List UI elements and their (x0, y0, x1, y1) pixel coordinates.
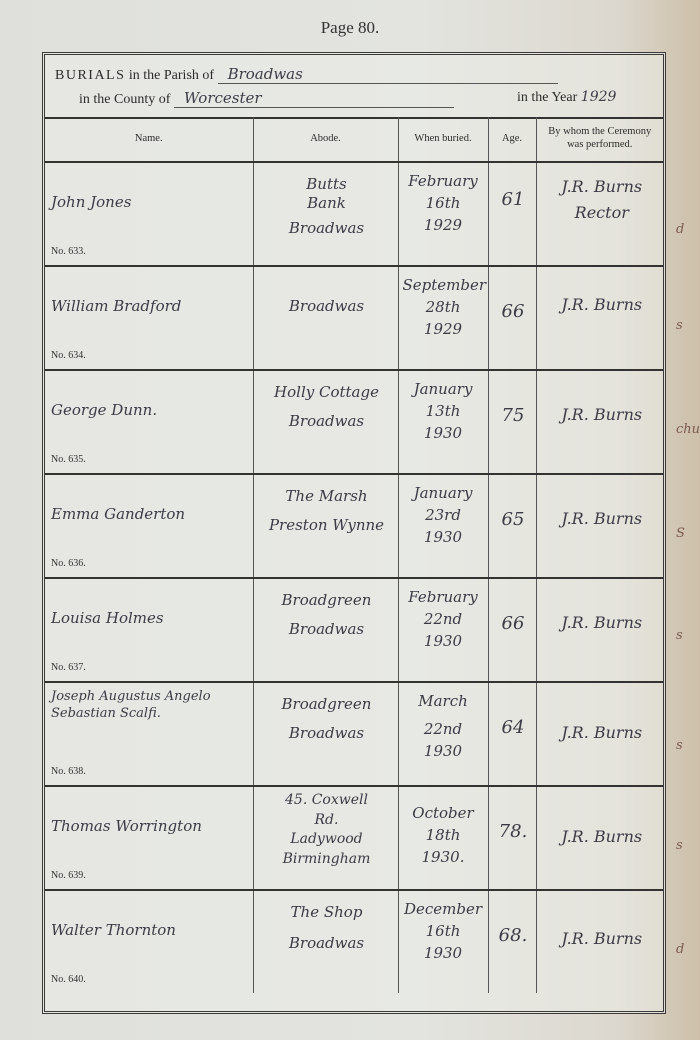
burial-month: December (403, 899, 484, 921)
officiant-title: Rector (545, 203, 660, 223)
table-row: Joseph Augustus Angelo Sebastian Scalfi.… (45, 682, 663, 786)
abode-cell: Broadgreen Broadwas (253, 682, 398, 786)
abode-cell: Broadgreen Broadwas (253, 578, 398, 682)
officiant-signature: J.R. Burns (561, 723, 642, 742)
table-row: George Dunn. No. 635. Holly Cottage Broa… (45, 370, 663, 474)
ceremony-cell: J.R. Burns (536, 370, 663, 474)
abode-cell: The Marsh Preston Wynne (253, 474, 398, 578)
officiant-signature: J.R. Burns (561, 827, 642, 846)
margin-note: S (676, 526, 700, 541)
deceased-name: Walter Thornton (51, 921, 249, 940)
column-header-when-buried: When buried. (398, 117, 488, 162)
burial-year: 1930 (403, 423, 484, 445)
burials-table: Name. Abode. When buried. Age. By whom t… (45, 117, 663, 993)
age-cell: 64 (488, 682, 536, 786)
margin-note: s (676, 318, 700, 333)
abode-cell: Broadwas (253, 266, 398, 370)
officiant-signature: J.R. Burns (561, 509, 642, 528)
officiant-signature: J.R. Burns (561, 405, 642, 424)
abode-line: Butts (260, 175, 394, 194)
name-cell: William Bradford No. 634. (45, 266, 253, 370)
abode-line: Preston Wynne (260, 516, 394, 535)
table-row: Emma Ganderton No. 636. The Marsh Presto… (45, 474, 663, 578)
officiant-signature: J.R. Burns (561, 177, 642, 196)
table-header-row: Name. Abode. When buried. Age. By whom t… (45, 117, 663, 162)
burial-month: January (403, 483, 484, 505)
age-cell: 78. (488, 786, 536, 890)
abode-cell: The Shop Broadwas (253, 890, 398, 993)
name-cell: Thomas Worrington No. 639. (45, 786, 253, 890)
name-cell: John Jones No. 633. (45, 162, 253, 266)
date-cell: October 18th 1930. (398, 786, 488, 890)
abode-line: Rd. (260, 811, 394, 831)
burial-month: September (403, 275, 484, 297)
year-line: in the Year 1929 (517, 89, 616, 106)
burials-heading: BURIALS (55, 68, 125, 83)
burial-day: 28th (403, 297, 484, 319)
abode-line: The Shop (260, 903, 394, 922)
burial-day: 18th (403, 825, 484, 847)
entry-number: No. 639. (51, 870, 86, 881)
deceased-name: Thomas Worrington (51, 817, 249, 836)
age-cell: 61 (488, 162, 536, 266)
abode-line: Bank (260, 194, 394, 213)
margin-note: s (676, 838, 700, 853)
parish-value: Broadwas (218, 65, 558, 84)
age-value: 65 (493, 509, 534, 532)
entry-number: No. 636. (51, 558, 86, 569)
deceased-name: John Jones (51, 193, 249, 212)
deceased-name: Louisa Holmes (51, 609, 249, 628)
deceased-name: William Bradford (51, 297, 249, 316)
table-row: Thomas Worrington No. 639. 45. Coxwell R… (45, 786, 663, 890)
parish-line: BURIALS in the Parish of Broadwas (55, 65, 558, 84)
abode-cell: 45. Coxwell Rd. Ladywood Birmingham (253, 786, 398, 890)
table-row: Louisa Holmes No. 637. Broadgreen Broadw… (45, 578, 663, 682)
deceased-name: George Dunn. (51, 401, 249, 420)
ceremony-cell: J.R. Burns (536, 266, 663, 370)
ceremony-cell: J.R. Burns (536, 786, 663, 890)
name-cell: Joseph Augustus Angelo Sebastian Scalfi.… (45, 682, 253, 786)
burial-year: 1930 (403, 741, 484, 763)
date-cell: January 13th 1930 (398, 370, 488, 474)
ceremony-cell: J.R. Burns (536, 578, 663, 682)
entry-number: No. 640. (51, 974, 86, 985)
abode-line: The Marsh (260, 487, 394, 506)
date-cell: February 22nd 1930 (398, 578, 488, 682)
abode-line: Ladywood (260, 830, 394, 850)
table-row: Walter Thornton No. 640. The Shop Broadw… (45, 890, 663, 993)
burial-month: October (403, 803, 484, 825)
burial-day: 16th (403, 193, 484, 215)
age-cell: 65 (488, 474, 536, 578)
burial-year: 1930. (403, 847, 484, 869)
age-cell: 68. (488, 890, 536, 993)
date-cell: March 22nd 1930 (398, 682, 488, 786)
register-header: BURIALS in the Parish of Broadwas in the… (45, 55, 663, 119)
year-label: in the Year (517, 90, 577, 105)
age-value: 66 (493, 613, 534, 636)
abode-line: Broadgreen (260, 695, 394, 714)
entry-number: No. 637. (51, 662, 86, 673)
date-cell: February 16th 1929 (398, 162, 488, 266)
burial-month: February (403, 587, 484, 609)
table-row: John Jones No. 633. Butts Bank Broadwas … (45, 162, 663, 266)
column-header-name: Name. (45, 117, 253, 162)
burial-month: January (403, 379, 484, 401)
abode-line: Broadwas (260, 412, 394, 431)
age-value: 66 (493, 301, 534, 324)
age-cell: 66 (488, 578, 536, 682)
officiant-signature: J.R. Burns (561, 613, 642, 632)
ceremony-cell: J.R. Burns Rector (536, 162, 663, 266)
column-header-age: Age. (488, 117, 536, 162)
entry-number: No. 634. (51, 350, 86, 361)
name-cell: Louisa Holmes No. 637. (45, 578, 253, 682)
entry-number: No. 633. (51, 246, 86, 257)
burial-day: 22nd (403, 609, 484, 631)
age-value: 75 (493, 405, 534, 428)
officiant-signature: J.R. Burns (561, 295, 642, 314)
burial-year: 1929 (403, 215, 484, 237)
burial-year: 1929 (403, 319, 484, 341)
burial-day: 13th (403, 401, 484, 423)
abode-line: Broadwas (260, 219, 394, 238)
date-cell: December 16th 1930 (398, 890, 488, 993)
abode-line: Broadwas (260, 934, 394, 953)
burial-register-frame: BURIALS in the Parish of Broadwas in the… (42, 52, 666, 1014)
deceased-name: Joseph Augustus Angelo Sebastian Scalfi. (51, 689, 249, 723)
age-value: 64 (493, 717, 534, 740)
abode-line: Broadwas (260, 620, 394, 639)
burial-year: 1930 (403, 943, 484, 965)
county-label: in the County of (79, 92, 170, 107)
abode-cell: Holly Cottage Broadwas (253, 370, 398, 474)
ceremony-cell: J.R. Burns (536, 682, 663, 786)
column-header-ceremony: By whom the Ceremony was performed. (536, 117, 663, 162)
margin-note: s (676, 628, 700, 643)
year-value: 1929 (581, 89, 617, 105)
burial-day: 22nd (403, 719, 484, 741)
abode-line: Holly Cottage (260, 383, 394, 402)
abode-line: Broadwas (260, 724, 394, 743)
age-cell: 75 (488, 370, 536, 474)
abode-line: Birmingham (260, 850, 394, 870)
deceased-name: Emma Ganderton (51, 505, 249, 524)
age-value: 78. (493, 821, 534, 844)
burial-year: 1930 (403, 631, 484, 653)
entry-number: No. 638. (51, 766, 86, 777)
ceremony-cell: J.R. Burns (536, 474, 663, 578)
burial-month: March (403, 691, 484, 713)
entry-number: No. 635. (51, 454, 86, 465)
burial-day: 23rd (403, 505, 484, 527)
burial-day: 16th (403, 921, 484, 943)
abode-line: Broadgreen (260, 591, 394, 610)
margin-note: d (676, 222, 700, 237)
abode-line: Broadwas (260, 297, 394, 316)
ceremony-cell: J.R. Burns (536, 890, 663, 993)
county-value: Worcester (174, 89, 454, 108)
county-line: in the County of Worcester (79, 89, 454, 108)
age-cell: 66 (488, 266, 536, 370)
parish-label: in the Parish of (129, 68, 214, 83)
table-row: William Bradford No. 634. Broadwas Septe… (45, 266, 663, 370)
margin-note: chu (676, 422, 700, 437)
abode-cell: Butts Bank Broadwas (253, 162, 398, 266)
date-cell: January 23rd 1930 (398, 474, 488, 578)
burial-month: February (403, 171, 484, 193)
column-header-abode: Abode. (253, 117, 398, 162)
age-value: 68. (493, 925, 534, 948)
margin-note: s (676, 738, 700, 753)
burial-year: 1930 (403, 527, 484, 549)
margin-note: d (676, 942, 700, 957)
officiant-signature: J.R. Burns (561, 929, 642, 948)
age-value: 61 (493, 189, 534, 212)
name-cell: Emma Ganderton No. 636. (45, 474, 253, 578)
page-number: Page 80. (0, 18, 700, 38)
abode-line: 45. Coxwell (260, 791, 394, 811)
date-cell: September 28th 1929 (398, 266, 488, 370)
name-cell: Walter Thornton No. 640. (45, 890, 253, 993)
name-cell: George Dunn. No. 635. (45, 370, 253, 474)
